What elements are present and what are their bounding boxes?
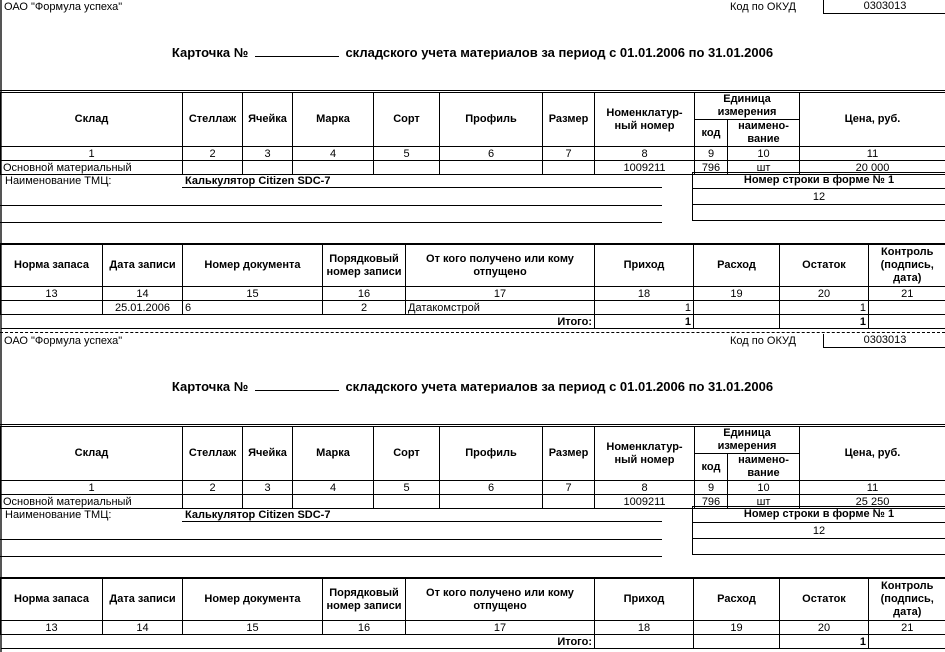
cell-marka [293,495,374,509]
cell-razmer [543,161,595,175]
column-number: 7 [543,147,595,161]
header-unit-name: наимено-вание [728,454,800,481]
cell-rashod [694,301,780,315]
header-unit-group: Единица измерения [695,427,800,454]
header-prihod: Приход [595,579,694,621]
table-row: 25.01.200662Датакомстрой11 [1,301,945,315]
header-razmer: Размер [543,93,595,147]
form-row-value: 12 [693,189,945,205]
column-number: 17 [406,621,595,635]
column-numbers-row: 131415161718192021 [1,287,945,301]
header-unit-group: Единица измерения [695,93,800,120]
form-row-value: 12 [693,523,945,539]
column-number: 3 [243,481,293,495]
cell-yacheyka [243,495,293,509]
title-suffix: складского учета материалов за период с … [345,45,773,60]
column-number: 21 [869,287,945,301]
material-info-table: Склад Стеллаж Ячейка Марка Сорт Профиль … [0,426,945,509]
column-number: 5 [374,481,440,495]
header-control: Контроль (подпись, дата) [869,579,945,621]
tmc-line-2 [0,205,662,206]
tmc-line-2 [0,539,662,540]
cell-seq: 2 [323,301,406,315]
header-nomenkl: Номенклатур-ный номер [595,427,695,481]
column-number: 19 [694,287,780,301]
tmc-value: Калькулятор Citizen SDC-7 [185,175,330,187]
total-prihod: 1 [595,315,694,329]
movement-table: Норма запаса Дата записи Номер документа… [0,578,945,649]
header-stellazh: Стеллаж [183,427,243,481]
header-unit-name: наимено-вание [728,120,800,147]
header-unit-code: код [695,454,728,481]
cell-control [869,301,945,315]
header-control: Контроль (подпись, дата) [869,245,945,287]
cell-yacheyka [243,161,293,175]
divider [0,424,945,425]
divider [0,90,945,91]
header-rashod: Расход [694,579,780,621]
column-number: 14 [103,287,183,301]
header-marka: Марка [293,93,374,147]
form-row-label: Номер строки в форме № 1 [693,507,945,523]
cell-sklad: Основной материальный [1,161,183,175]
column-number: 4 [293,147,374,161]
column-number: 18 [595,287,694,301]
header-sklad: Склад [1,427,183,481]
total-row: Итого:11 [1,315,945,329]
cell-profil [440,161,543,175]
cut-line [0,332,945,333]
column-number: 10 [728,147,800,161]
form-row-table: Номер строки в форме № 1 12 [692,506,945,555]
cell-nomenkl: 1009211 [595,161,695,175]
tmc-line-3 [0,556,662,557]
column-number: 2 [183,481,243,495]
column-number: 18 [595,621,694,635]
column-number: 16 [323,621,406,635]
tmc-underline [182,187,662,188]
column-number: 3 [243,147,293,161]
card-title: Карточка № складского учета материалов з… [0,378,945,394]
card-number-blank [255,44,339,57]
total-row: Итого:1 [1,635,945,649]
tmc-label: Наименование ТМЦ: [5,509,111,521]
header-ostatok: Остаток [780,245,869,287]
organization-name: ОАО "Формула успеха" [4,1,122,13]
movement-table: Норма запаса Дата записи Номер документа… [0,244,945,329]
column-numbers-row: 1234567891011 [1,147,945,161]
header-yacheyka: Ячейка [243,427,293,481]
header-price: Цена, руб. [800,427,945,481]
column-number: 5 [374,147,440,161]
header-seq: Порядковый номер записи [323,245,406,287]
column-number: 13 [1,621,103,635]
header-unit-code: код [695,120,728,147]
header-razmer: Размер [543,427,595,481]
header-from-to: От кого получено или кому отпущено [406,579,595,621]
total-ostatok: 1 [780,635,869,649]
cell-sklad: Основной материальный [1,495,183,509]
cell-prihod: 1 [595,301,694,315]
header-doc: Номер документа [183,579,323,621]
column-number: 10 [728,481,800,495]
cell-from-to: Датакомстрой [406,301,595,315]
okud-label: Код по ОКУД [730,335,796,347]
tmc-underline [182,521,662,522]
tmc-line-3 [0,222,662,223]
header-sort: Сорт [374,93,440,147]
cell-stellazh [183,495,243,509]
okud-code: 0303013 [823,334,945,348]
tmc-label: Наименование ТМЦ: [5,175,111,187]
organization-name: ОАО "Формула успеха" [4,335,122,347]
tmc-value: Калькулятор Citizen SDC-7 [185,509,330,521]
title-suffix: складского учета материалов за период с … [345,379,773,394]
header-yacheyka: Ячейка [243,93,293,147]
column-numbers-row: 1234567891011 [1,481,945,495]
header-rashod: Расход [694,245,780,287]
column-number: 17 [406,287,595,301]
total-label: Итого: [1,635,595,649]
header-date: Дата записи [103,245,183,287]
column-number: 9 [695,147,728,161]
header-norma: Норма запаса [1,579,103,621]
column-number: 15 [183,287,323,301]
column-number: 19 [694,621,780,635]
column-number: 1 [1,481,183,495]
header-seq: Порядковый номер записи [323,579,406,621]
column-number: 2 [183,147,243,161]
cell-ostatok: 1 [780,301,869,315]
column-number: 7 [543,481,595,495]
header-date: Дата записи [103,579,183,621]
cell-norma [1,301,103,315]
column-number: 4 [293,481,374,495]
total-control [869,635,945,649]
cell-profil [440,495,543,509]
cell-marka [293,161,374,175]
cell-doc: 6 [183,301,323,315]
total-control [869,315,945,329]
column-number: 6 [440,147,543,161]
header-doc: Номер документа [183,245,323,287]
form-row-table: Номер строки в форме № 1 12 [692,172,945,221]
okud-code: 0303013 [823,0,945,14]
cell-nomenkl: 1009211 [595,495,695,509]
column-number: 1 [1,147,183,161]
material-info-table: Склад Стеллаж Ячейка Марка Сорт Профиль … [0,92,945,175]
column-number: 13 [1,287,103,301]
header-marka: Марка [293,427,374,481]
total-prihod [595,635,694,649]
form-row-empty [693,205,945,221]
cell-sort [374,161,440,175]
total-rashod [694,635,780,649]
header-from-to: От кого получено или кому отпущено [406,245,595,287]
column-number: 8 [595,147,695,161]
total-rashod [694,315,780,329]
header-ostatok: Остаток [780,579,869,621]
cell-date: 25.01.2006 [103,301,183,315]
column-number: 14 [103,621,183,635]
header-profil: Профиль [440,93,543,147]
cell-sort [374,495,440,509]
header-norma: Норма запаса [1,245,103,287]
column-number: 20 [780,621,869,635]
column-number: 16 [323,287,406,301]
cell-stellazh [183,161,243,175]
column-number: 21 [869,621,945,635]
column-number: 11 [800,147,945,161]
header-sklad: Склад [1,93,183,147]
okud-label: Код по ОКУД [730,1,796,13]
column-numbers-row: 131415161718192021 [1,621,945,635]
header-profil: Профиль [440,427,543,481]
title-prefix: Карточка № [172,379,248,394]
column-number: 20 [780,287,869,301]
total-ostatok: 1 [780,315,869,329]
card-title: Карточка № складского учета материалов з… [0,44,945,60]
form-row-label: Номер строки в форме № 1 [693,173,945,189]
header-stellazh: Стеллаж [183,93,243,147]
form-row-empty [693,539,945,555]
header-nomenkl: Номенклатур-ный номер [595,93,695,147]
column-number: 11 [800,481,945,495]
header-prihod: Приход [595,245,694,287]
column-number: 6 [440,481,543,495]
total-label: Итого: [1,315,595,329]
title-prefix: Карточка № [172,45,248,60]
header-sort: Сорт [374,427,440,481]
cell-razmer [543,495,595,509]
column-number: 15 [183,621,323,635]
column-number: 8 [595,481,695,495]
card-number-blank [255,378,339,391]
column-number: 9 [695,481,728,495]
header-price: Цена, руб. [800,93,945,147]
